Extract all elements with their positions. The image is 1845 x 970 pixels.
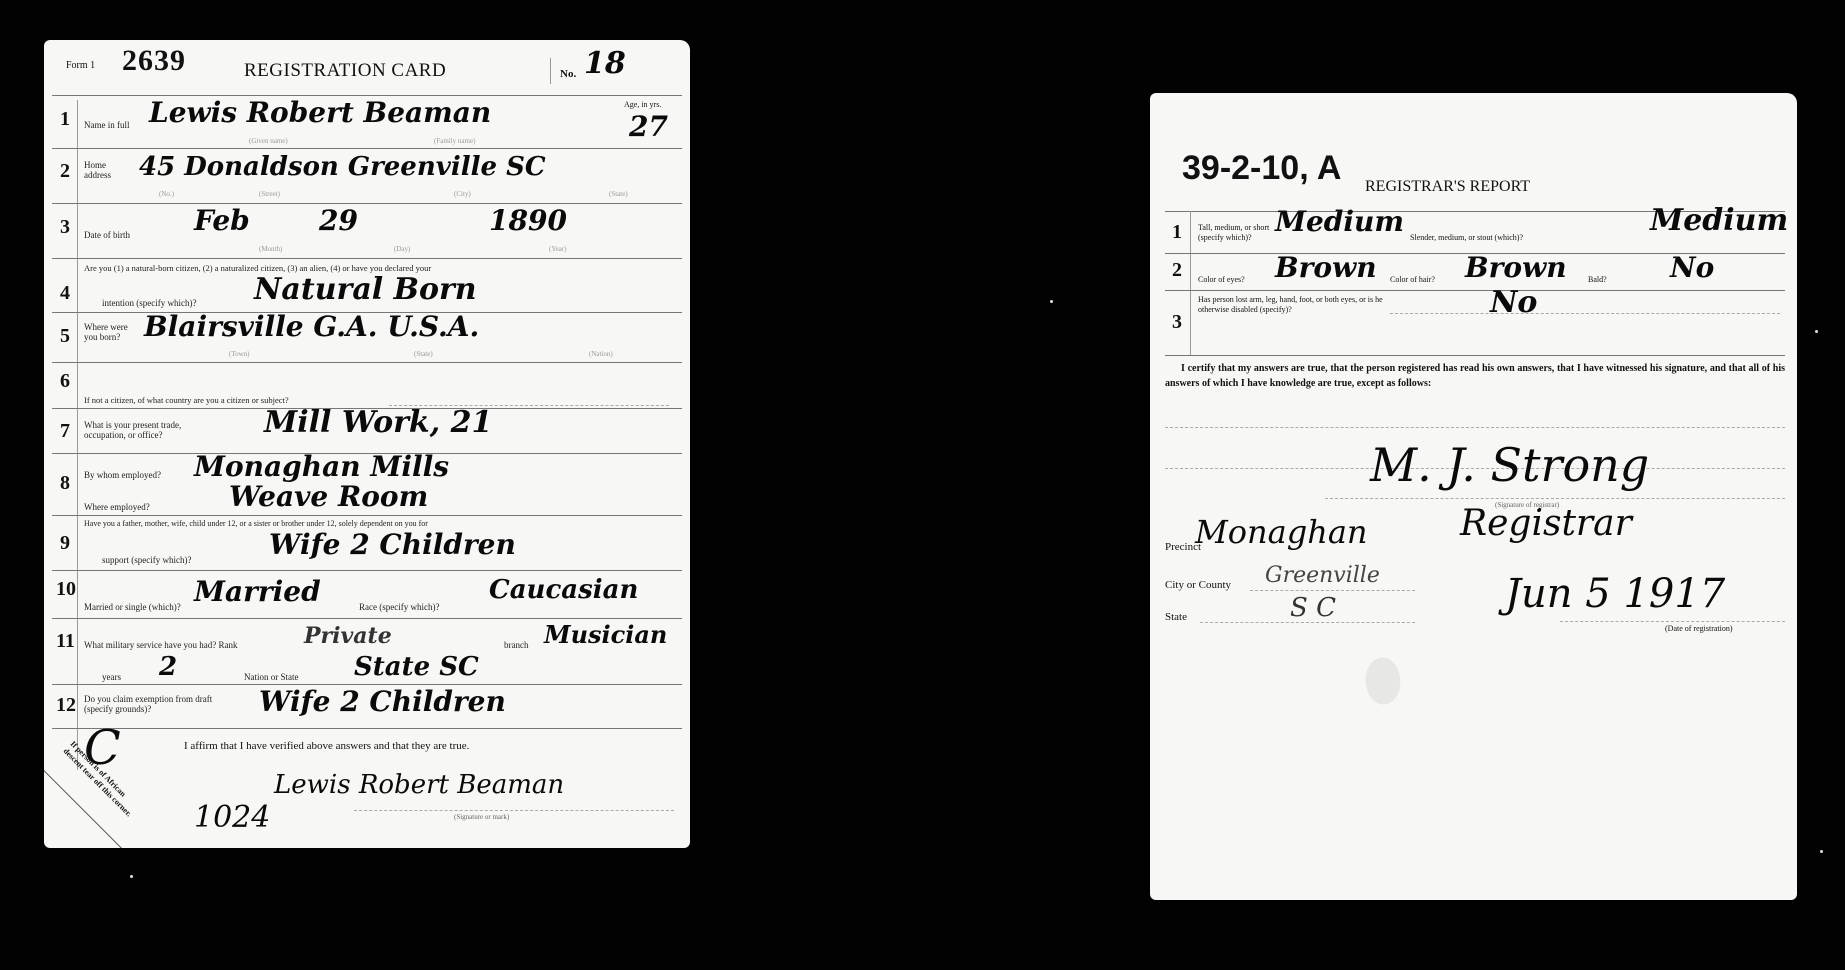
serial-number: 2639 — [122, 44, 186, 78]
speck — [1050, 300, 1053, 303]
registration-date: Jun 5 1917 — [1505, 571, 1725, 617]
address-label: Home address — [84, 160, 134, 180]
branch-value: Musician — [544, 620, 667, 649]
affirm-text: I affirm that I have verified above answ… — [184, 740, 469, 752]
nation-value: State SC — [354, 652, 479, 682]
hair-color-value: Brown — [1465, 251, 1567, 284]
speck — [1820, 850, 1823, 853]
speck — [1815, 330, 1818, 333]
bald-value: No — [1670, 251, 1714, 284]
birth-date-label: Date of birth — [84, 230, 130, 240]
rank-value: Private — [304, 623, 392, 649]
form-label: Form 1 — [66, 60, 95, 71]
report-title: REGISTRAR'S REPORT — [1365, 178, 1530, 196]
card-title: REGISTRATION CARD — [244, 60, 446, 82]
tear-off-note: If person is of African descent tear off… — [61, 740, 142, 821]
tear-off-corner: If person is of African descent tear off… — [44, 740, 154, 848]
race-value: Caucasian — [489, 575, 638, 605]
stamp-number: 1024 — [194, 800, 270, 835]
leaf-watermark-icon — [1358, 653, 1408, 709]
registrar-title: Registrar — [1460, 503, 1632, 544]
birth-year: 1890 — [489, 204, 567, 237]
registrant-signature: Lewis Robert Beaman — [274, 770, 564, 800]
birth-month: Feb — [194, 204, 250, 237]
signature-label: (Signature or mark) — [454, 813, 509, 821]
dependents-value: Wife 2 Children — [269, 528, 516, 561]
state-label: State — [1165, 611, 1187, 623]
name-label: Name in full — [84, 120, 130, 130]
birth-day: 29 — [319, 204, 358, 237]
registrar-signature: M. J. Strong — [1370, 438, 1649, 492]
date-label: (Date of registration) — [1665, 624, 1733, 633]
exemption-value: Wife 2 Children — [259, 685, 506, 718]
build-value: Medium — [1650, 203, 1788, 238]
registrar-report-card: 39-2-10, A REGISTRAR'S REPORT 1 Tall, me… — [1150, 93, 1797, 900]
eye-color-value: Brown — [1275, 251, 1377, 284]
precinct-value: Monaghan — [1195, 513, 1368, 551]
city-county-label: City or County — [1165, 579, 1231, 591]
marital-status-value: Married — [194, 575, 321, 608]
workplace-value: Weave Room — [229, 480, 428, 513]
speck — [130, 875, 133, 878]
state-value: S C — [1290, 593, 1336, 623]
height-value: Medium — [1275, 205, 1404, 238]
employer-value: Monaghan Mills — [194, 450, 449, 483]
occupation-value: Mill Work, 21 — [264, 405, 492, 440]
no-label: No. — [560, 68, 576, 80]
certification-text: I certify that my answers are true, that… — [1165, 361, 1785, 391]
years-value: 2 — [159, 652, 177, 682]
report-code: 39-2-10, A — [1182, 149, 1341, 188]
birthplace-value: Blairsville G.A. U.S.A. — [144, 310, 479, 343]
card-number: 18 — [584, 46, 626, 81]
disability-value: No — [1490, 285, 1537, 320]
registration-card: Form 1 2639 REGISTRATION CARD No. 18 1 N… — [44, 40, 690, 848]
age-value: 27 — [629, 110, 668, 143]
full-name-value: Lewis Robert Beaman — [149, 96, 491, 129]
citizenship-value: Natural Born — [254, 272, 477, 307]
address-value: 45 Donaldson Greenville SC — [139, 152, 546, 182]
city-county-value: Greenville — [1265, 563, 1380, 588]
